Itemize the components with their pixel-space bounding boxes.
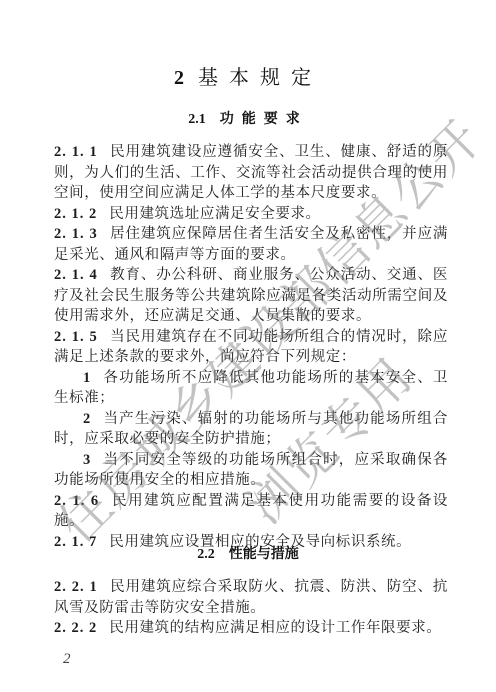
clause-text: 民用建筑的结构应满足相应的设计工作年限要求。	[109, 620, 441, 636]
clause-number: 2. 1. 3	[54, 226, 98, 242]
clause-text: 民用建筑选址应满足安全要求。	[109, 206, 320, 222]
clause-text: 教育、办公科研、商业服务、公众活动、交通、医疗及社会民生服务等公共建筑除应满足各…	[54, 267, 448, 324]
item-text: 当产生污染、辐射的功能场所与其他功能场所组合时，应采取必要的安全防护措施；	[54, 411, 448, 448]
clause-number: 2. 2. 2	[54, 620, 97, 636]
clause-2-1-6: 2. 1. 6民用建筑应配置满足基本使用功能需要的设备设施。	[54, 491, 448, 532]
clause-2-1-3: 2. 1. 3居住建筑应保障居住者生活安全及私密性，并应满足采光、通风和隔声等方…	[54, 224, 448, 265]
section-title-text: 性能与措施	[229, 546, 299, 562]
section-2-2-body: 2. 2. 1民用建筑应综合采取防火、抗震、防洪、防空、抗风雪及防雷击等防灾安全…	[54, 577, 448, 639]
clause-2-1-5-item-1: 1各功能场所不应降低其他功能场所的基本安全、卫生标准；	[54, 368, 448, 409]
page-number: 2	[63, 651, 71, 668]
section-number: 2.2	[197, 547, 215, 562]
chapter-number: 2	[174, 67, 184, 89]
clause-number: 2. 1. 2	[54, 206, 97, 222]
clause-number: 2. 1. 1	[54, 144, 98, 160]
item-number: 2	[83, 411, 91, 427]
clause-number: 2. 1. 6	[54, 493, 99, 509]
chapter-title: 2基本规定	[0, 64, 496, 91]
clause-text: 民用建筑建设应遵循安全、卫生、健康、舒适的原则，为人们的生活、工作、交流等社会活…	[54, 144, 448, 201]
section-heading-2-2: 2.2性能与措施	[0, 545, 496, 564]
section-title-text: 功能要求	[220, 111, 308, 127]
item-number: 1	[83, 370, 91, 386]
clause-2-1-2: 2. 1. 2民用建筑选址应满足安全要求。	[54, 204, 448, 225]
clause-2-2-1: 2. 2. 1民用建筑应综合采取防火、抗震、防洪、防空、抗风雪及防雷击等防灾安全…	[54, 577, 448, 618]
clause-text: 民用建筑应配置满足基本使用功能需要的设备设施。	[54, 493, 448, 530]
clause-number: 2. 2. 1	[54, 579, 98, 595]
section-2-1-body: 2. 1. 1民用建筑建设应遵循安全、卫生、健康、舒适的原则，为人们的生活、工作…	[54, 142, 448, 552]
section-number: 2.1	[188, 112, 206, 127]
document-page: 2基本规定 2.1功能要求 2. 1. 1民用建筑建设应遵循安全、卫生、健康、舒…	[0, 0, 496, 692]
clause-text: 民用建筑应综合采取防火、抗震、防洪、防空、抗风雪及防雷击等防灾安全措施。	[54, 579, 448, 616]
clause-2-1-4: 2. 1. 4教育、办公科研、商业服务、公众活动、交通、医疗及社会民生服务等公共…	[54, 265, 448, 327]
section-heading-2-1: 2.1功能要求	[0, 110, 496, 129]
clause-2-2-2: 2. 2. 2民用建筑的结构应满足相应的设计工作年限要求。	[54, 618, 448, 639]
item-number: 3	[83, 452, 91, 468]
clause-2-1-5-item-3: 3当不同安全等级的功能场所组合时，应采取确保各功能场所使用安全的相应措施。	[54, 450, 448, 491]
clause-2-1-1: 2. 1. 1民用建筑建设应遵循安全、卫生、健康、舒适的原则，为人们的生活、工作…	[54, 142, 448, 204]
clause-2-1-5-item-2: 2当产生污染、辐射的功能场所与其他功能场所组合时，应采取必要的安全防护措施；	[54, 409, 448, 450]
clause-2-1-5: 2. 1. 5当民用建筑存在不同功能场所组合的情况时，除应满足上述条款的要求外，…	[54, 327, 448, 368]
chapter-title-text: 基本规定	[198, 65, 322, 89]
clause-text: 当民用建筑存在不同功能场所组合的情况时，除应满足上述条款的要求外，尚应符合下列规…	[54, 329, 448, 366]
clause-text: 居住建筑应保障居住者生活安全及私密性，并应满足采光、通风和隔声等方面的要求。	[54, 226, 448, 263]
clause-number: 2. 1. 5	[54, 329, 98, 345]
clause-number: 2. 1. 4	[54, 267, 98, 283]
item-text: 当不同安全等级的功能场所组合时，应采取确保各功能场所使用安全的相应措施。	[54, 452, 448, 489]
item-text: 各功能场所不应降低其他功能场所的基本安全、卫生标准；	[54, 370, 448, 407]
